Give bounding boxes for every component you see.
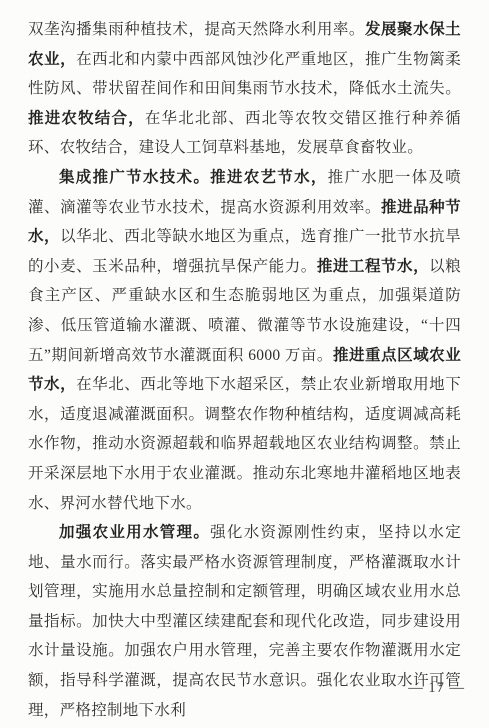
body-text: 双垄沟播集雨种植技术，提高天然降水利用率。发展聚水保土农业，在西北和内蒙中西部风… [28,15,461,725]
bold-heading-run: 推进工程节水， [317,258,429,275]
page-number: — 17 — [408,680,465,697]
text-run: 强化水资源刚性约束，坚持以水定地、量水而行。落实最严格水资源管理制度，严格灌溉取… [28,524,461,719]
bold-heading-run: 加强农业用水管理。 [59,524,210,541]
bold-heading-run: 集成推广节水技术。推进农艺节水， [59,169,328,186]
document-page: 双垄沟播集雨种植技术，提高天然降水利用率。发展聚水保土农业，在西北和内蒙中西部风… [0,0,489,728]
text-run: 在华北、西北等地下水超采区，禁止农业新增取用地下水，适度退减灌溉面积。调整农作物… [28,376,461,511]
paragraph-water-saving-tech: 集成推广节水技术。推进农艺节水，推广水肥一体及喷灌、滴灌等农业节水技术，提高水资… [28,163,461,518]
text-run: 双垄沟播集雨种植技术，提高天然降水利用率。 [28,21,365,38]
paragraph-water-use-management: 加强农业用水管理。强化水资源刚性约束，坚持以水定地、量水而行。落实最严格水资源管… [28,518,461,725]
bold-heading-run: 推进农牧结合， [28,110,145,127]
paragraph-continuation: 双垄沟播集雨种植技术，提高天然降水利用率。发展聚水保土农业，在西北和内蒙中西部风… [28,15,461,163]
text-run: 在西北和内蒙中西部风蚀沙化严重地区，推广生物篱柔性防风、带状留茬间作和田间集雨节… [28,51,461,98]
